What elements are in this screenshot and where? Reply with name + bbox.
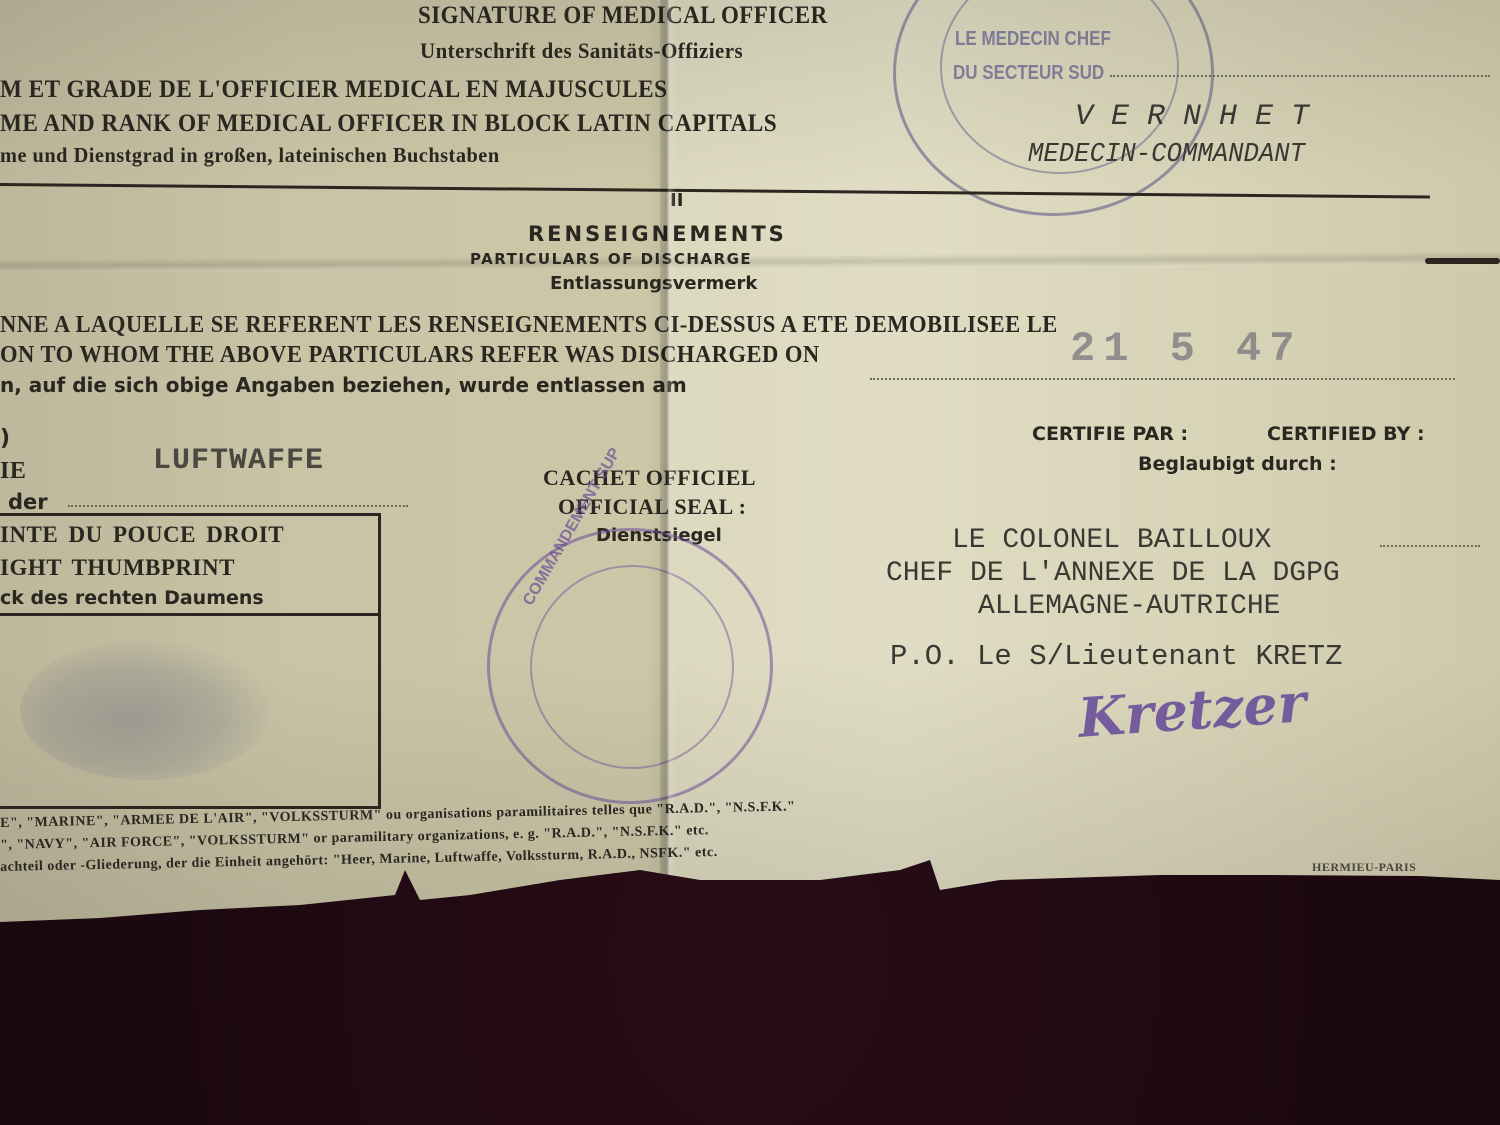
section-title-de: Entlassungsvermerk [550,273,757,294]
seal-label-fr: CACHET OFFICIEL [543,465,756,491]
officer-rank: MEDECIN-COMMANDANT [1028,140,1305,170]
paper-fold-vertical [660,0,676,900]
certifier-line1: LE COLONEL BAILLOUX [952,525,1271,556]
unit-open-paren: ) [0,426,10,451]
name-rank-label-fr: M ET GRADE DE L'OFFICIER MEDICAL EN MAJU… [0,76,668,104]
handwritten-signature: Kretzer [1076,670,1308,750]
officer-name: V E R N H E T [1075,100,1309,134]
certified-by-label-fr: CERTIFIE PAR : [1032,423,1188,445]
thumbprint-label-de: ck des rechten Daumens [0,587,264,609]
printer-mark: HERMIEU-PARIS [1312,860,1416,875]
certified-by-label-de: Beglaubigt durch : [1138,453,1337,475]
official-seal-inner-ring [530,565,734,769]
signature-label-de: Unterschrift des Sanitäts-Offiziers [420,38,743,64]
certified-by-label-en: CERTIFIED BY : [1267,423,1425,445]
discharge-date-dotted-line [870,378,1455,380]
signature-dotted-line [1110,75,1490,77]
unit-dotted-line [68,505,408,507]
unit-value: LUFTWAFFE [153,444,324,478]
unit-label-fr: IE [0,458,26,485]
thumbprint-label-fr: INTE DU POUCE DROIT [0,522,284,548]
thumbprint-smudge [20,640,270,780]
discharge-statement-en: ON TO WHOM THE ABOVE PARTICULARS REFER W… [0,342,820,369]
paper-tear-mark [1425,258,1500,264]
discharge-statement-fr: NNE A LAQUELLE SE REFERENT LES RENSEIGNE… [0,312,1058,339]
certifier-line2: CHEF DE L'ANNEXE DE LA DGPG [886,558,1340,589]
unit-label-de: der [8,490,48,514]
stamp-text-line2: DU SECTEUR SUD [953,62,1104,85]
signature-label-en: SIGNATURE OF MEDICAL OFFICER [418,2,828,30]
section-title-en: PARTICULARS OF DISCHARGE [470,250,752,268]
section-divider [0,183,1430,198]
discharge-certificate-paper: SIGNATURE OF MEDICAL OFFICER Unterschrif… [0,0,1500,940]
certifier-dotted-line [1380,545,1480,547]
name-rank-label-de: me und Dienstgrad in großen, lateinische… [0,143,500,168]
thumbprint-label-en: IGHT THUMBPRINT [0,555,235,581]
stamp-text-line1: LE MEDECIN CHEF [955,28,1111,51]
certifier-line3: ALLEMAGNE-AUTRICHE [978,591,1280,622]
discharge-date-stamp: 21 5 47 [1070,325,1302,373]
certifier-line4: P.O. Le S/Lieutenant KRETZ [890,640,1342,673]
section-title-fr: RENSEIGNEMENTS [528,222,787,246]
thumbprint-label-divider [0,613,378,616]
discharge-statement-de: n, auf die sich obige Angaben beziehen, … [0,373,687,397]
